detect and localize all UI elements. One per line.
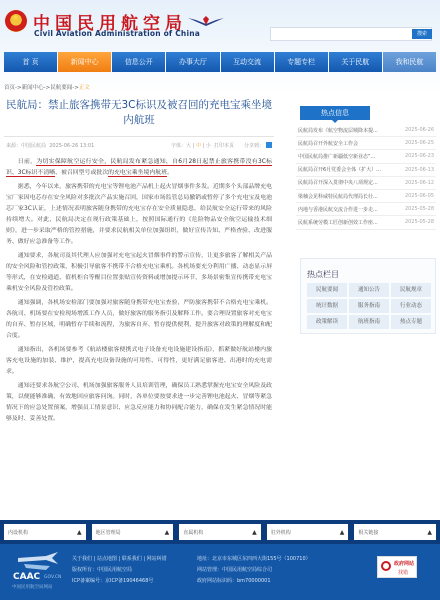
hot-info-date: 2025-06-25 (400, 140, 434, 146)
hot-column-notices[interactable]: 通知公告 (349, 283, 389, 297)
paragraph-5: 通知指出，各机场要参考《航站楼旅客便携式电子设备充电设施建设指南》，抓紧做好航站… (6, 345, 272, 378)
hot-column-flight-guide[interactable]: 航班指南 (349, 315, 389, 329)
breadcrumb-news[interactable]: 新闻中心 (22, 85, 44, 91)
paragraph-3: 通知要求，各航司及其代理人应加强对充电宝起火冒烟事件的警示宣传，让更多旅客了解相… (6, 251, 272, 295)
caret-up-icon: ▲ (427, 529, 432, 536)
hot-info-item[interactable]: 民航局召开外航安全工作会2025-06-25 (296, 137, 436, 150)
article-body: 日前，为切实保障航空运行安全，民航局发布紧急通知，自6月28日起禁止旅客携带没有… (4, 153, 274, 425)
caac-site-name: 中国民用航空局网站 (12, 584, 53, 590)
hot-info-date: 2025-06-12 (400, 180, 434, 186)
hot-info-title[interactable]: 民航局发布《航空物流层城降本提... (298, 127, 400, 134)
footer-management: 网站管理：中国民用航空局综合司 (197, 565, 311, 576)
select-label: 相关链接 (358, 529, 378, 536)
nav-me-and-caac[interactable]: 我和民航 (383, 52, 436, 72)
select-regional-admins[interactable]: 地区管理局▲ (92, 524, 174, 540)
nav-service-hall[interactable]: 办事大厅 (166, 52, 219, 72)
hot-info-tab[interactable]: 热点信息 (300, 106, 370, 120)
font-small-button[interactable]: 小 (206, 143, 211, 149)
hot-info-item[interactable]: 中国民航局推广新疆低空新业态“...2025-06-23 (296, 150, 436, 163)
select-label: 地区管理局 (96, 529, 121, 536)
caret-up-icon: ▲ (340, 529, 345, 536)
caac-plane-icon (16, 552, 60, 570)
hot-info-date: 2025-06-13 (400, 167, 434, 173)
article-source: 来源：中国民航局 (6, 143, 46, 149)
hot-info-item[interactable]: 民航局召开6月党委会全体（扩大）...2025-06-13 (296, 164, 436, 177)
gov-site-error-report-badge[interactable]: 政府网站 找错 (377, 556, 417, 578)
text: 、被召回型号或批次 (55, 170, 108, 176)
hot-column-regulations[interactable]: 民航规章 (391, 283, 431, 297)
font-large-button[interactable]: 大 (186, 143, 191, 149)
text: 。 (167, 170, 173, 176)
font-size-controls: 字体：大 | 中 | 小 打印本页 (171, 142, 234, 149)
nav-special-topics[interactable]: 专题专栏 (275, 52, 328, 72)
hot-info-date: 2025-05-28 (400, 219, 434, 225)
article-datetime: 2025-06-26 13:01 (49, 143, 94, 149)
hot-columns-title: 热点栏目 (301, 259, 435, 283)
paragraph-1: 日前，为切实保障航空运行安全，民航局发布紧急通知，自6月28日起禁止旅客携带没有… (6, 157, 272, 179)
share-icon[interactable] (266, 142, 272, 148)
caac-wings-icon (188, 16, 224, 30)
hot-info-title[interactable]: 中国民航局推广新疆低空新业态“... (298, 153, 400, 160)
hot-info-date: 2025-06-23 (400, 153, 434, 159)
site-header: ★ 中国民用航空局 Civil Aviation Administration … (0, 0, 440, 92)
search-input[interactable] (270, 27, 432, 41)
breadcrumb-home[interactable]: 首页 (4, 85, 15, 91)
caac-logo-text: CAAC (13, 572, 40, 582)
hot-column-statistics[interactable]: 统计数据 (307, 299, 347, 313)
select-label: 直属机构 (183, 529, 203, 536)
select-internal-orgs[interactable]: 内设机构▲ (4, 524, 86, 540)
badge-text: 政府网站 (394, 560, 414, 567)
paragraph-4: 通知强调，各机场安检部门要加强对旅客随身携带充电宝查验，严防旅客携带不合格充电宝… (6, 298, 272, 342)
text: 日前， (18, 159, 37, 165)
breadcrumb-sep: -> (15, 85, 22, 91)
highlight-underline: 的充电宝乘坐境内航班 (108, 170, 167, 177)
hot-column-caac-news[interactable]: 民航要闻 (307, 283, 347, 297)
badge-text: 找错 (398, 569, 408, 576)
hot-info-date: 2025-06-26 (400, 127, 434, 133)
hot-column-industry-news[interactable]: 行业动态 (391, 299, 431, 313)
print-button[interactable]: 打印本页 (214, 143, 234, 149)
paragraph-2: 据悉，今年以来，旅客携带的充电宝等锂电池产品机上起火冒烟事件多发。近期多个头部品… (6, 182, 272, 248)
hot-info-title[interactable]: 民航局召开6月党委会全体（扩大）... (298, 166, 400, 173)
hot-info-date: 2025-05-28 (400, 206, 434, 212)
hot-info-list: 民航局发布《航空物流层城降本提...2025-06-26 民航局召开外航安全工作… (296, 124, 436, 230)
hot-info-title[interactable]: 民航局召开外航安全工作会 (298, 140, 400, 147)
links-bar: 内设机构▲ 地区管理局▲ 直属机构▲ 驻外机构▲ 相关链接▲ (0, 520, 440, 544)
share-label: 分享到： (244, 142, 264, 149)
caret-up-icon: ▲ (77, 529, 82, 536)
breadcrumb: 首页->新闻中心->民航要闻->正文 (4, 83, 90, 91)
footer-links[interactable]: 关于我们 | 站点地图 | 联系我们 | 网站纠错 (72, 554, 167, 565)
hot-column-service-guide[interactable]: 服务指南 (349, 299, 389, 313)
hot-info-date: 2025-06-05 (400, 193, 434, 199)
footer-copyright: 版权所有：中国民用航空局 (72, 565, 167, 576)
magnifier-icon (381, 561, 391, 571)
hot-columns-grid: 民航要闻 通知公告 民航规章 统计数据 服务指南 行业动态 政策解读 航班指南 … (301, 283, 435, 329)
footer-col-2: 地址：北京市东城区东四西大街155号（100710） 网站管理：中国民用航空局综… (197, 554, 311, 587)
select-affiliated-orgs[interactable]: 直属机构▲ (179, 524, 261, 540)
nav-interaction[interactable]: 互动交流 (221, 52, 274, 72)
gov-cn-text: GOV.CN (44, 575, 61, 580)
select-related-links[interactable]: 相关链接▲ (354, 524, 436, 540)
nav-info-disclosure[interactable]: 信息公开 (112, 52, 165, 72)
hot-column-policy[interactable]: 政策解读 (307, 315, 347, 329)
footer-address: 地址：北京市东城区东四西大街155号（100710） (197, 554, 311, 565)
search-button[interactable]: 搜索 (412, 29, 432, 39)
hot-info-title[interactable]: 民航系统劳模工匠创新创效工作座... (298, 219, 400, 226)
article-source-date: 来源：中国民航局 2025-06-26 13:01 (6, 142, 171, 149)
font-size-label: 字体： (171, 143, 186, 149)
main-nav: 首 页 新闻中心 信息公开 办事大厅 互动交流 专题专栏 关于民航 我和民航 (4, 52, 436, 72)
caret-up-icon: ▲ (165, 529, 170, 536)
nav-news-center[interactable]: 新闻中心 (58, 52, 111, 72)
font-medium-button[interactable]: 中 (196, 143, 201, 149)
hot-info-title[interactable]: 民航局召开深入贯彻中央八项规定... (298, 179, 400, 186)
nav-home[interactable]: 首 页 (4, 52, 57, 72)
breadcrumb-current: 正文 (79, 85, 90, 91)
breadcrumb-sep: -> (72, 85, 79, 91)
site-logo-en: Civil Aviation Administration of China (34, 29, 200, 38)
breadcrumb-caac-news[interactable]: 民航要闻 (50, 85, 72, 91)
select-label: 驻外机构 (271, 529, 291, 536)
article-meta: 来源：中国民航局 2025-06-26 13:01 字体：大 | 中 | 小 打… (4, 137, 274, 153)
footer-col-1: 关于我们 | 站点地图 | 联系我们 | 网站纠错 版权所有：中国民用航空局 I… (72, 554, 167, 587)
hot-info-title[interactable]: 梁楠会见科威特民航局代理局长壮... (298, 193, 400, 200)
footer-icp[interactable]: ICP备案编号：京ICP备19046468号 (72, 576, 167, 587)
sidebar: 热点信息 民航局发布《航空物流层城降本提...2025-06-26 民航局召开外… (296, 100, 436, 230)
footer-gov-id: 政府网站标识码：bm70000001 (197, 576, 311, 587)
paragraph-6: 通知还要求各航空公司、机场加强旅客服务人员培训管理，确保员工熟悉掌握充电宝安全风… (6, 381, 272, 425)
nav-about[interactable]: 关于民航 (329, 52, 382, 72)
article: 民航局：禁止旅客携带无3C标识及被召回的充电宝乘坐境内航班 来源：中国民航局 2… (4, 92, 274, 428)
hot-column-hot-topics[interactable]: 热点专题 (391, 315, 431, 329)
article-title: 民航局：禁止旅客携带无3C标识及被召回的充电宝乘坐境内航班 (4, 98, 274, 128)
hot-info-item[interactable]: 民航局召开深入贯彻中央八项规定...2025-06-12 (296, 177, 436, 190)
hot-info-item[interactable]: 内地与香港民航交流合作进一步走...2025-05-28 (296, 203, 436, 216)
select-label: 内设机构 (8, 529, 28, 536)
caret-up-icon: ▲ (252, 529, 257, 536)
hot-columns-panel: 热点栏目 民航要闻 通知公告 民航规章 统计数据 服务指南 行业动态 政策解读 … (300, 258, 436, 334)
site-footer: CAAC GOV.CN 中国民用航空局网站 关于我们 | 站点地图 | 联系我们… (0, 544, 440, 600)
hot-info-item[interactable]: 民航局发布《航空物流层城降本提...2025-06-26 (296, 124, 436, 137)
hot-info-item[interactable]: 民航系统劳模工匠创新创效工作座...2025-05-28 (296, 216, 436, 229)
hot-info-item[interactable]: 梁楠会见科威特民航局代理局长壮...2025-06-05 (296, 190, 436, 203)
select-overseas-orgs[interactable]: 驻外机构▲ (267, 524, 349, 540)
national-emblem-icon: ★ (5, 10, 27, 32)
hot-info-title[interactable]: 内地与香港民航交流合作进一步走... (298, 206, 400, 213)
